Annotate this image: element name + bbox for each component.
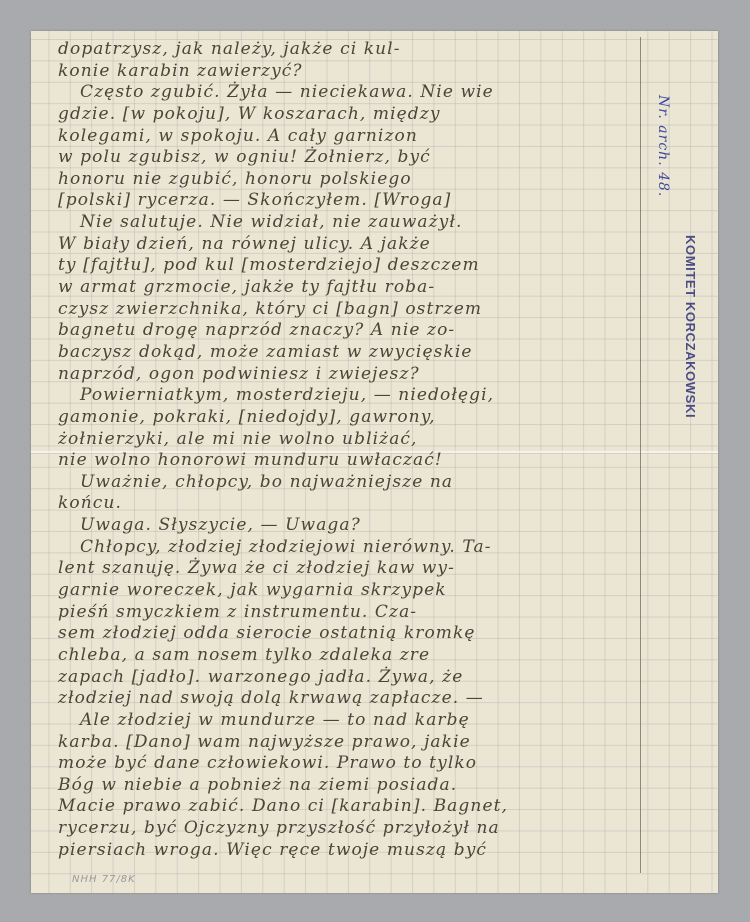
text-line: gdzie. [w pokoju], W koszarach, między <box>58 104 648 126</box>
text-line: gamonie, pokraki, [niedojdy], gawrony, <box>58 407 648 429</box>
text-line: żołnierzyki, ale mi nie wolno ubliżać, <box>58 429 648 451</box>
text-line: baczysz dokąd, może zamiast w zwycięskie <box>58 342 648 364</box>
komitet-korczakowski-stamp: KOMITET KORCZAKOWSKI <box>683 235 698 418</box>
text-line: piersiach wroga. Więc ręce twoje muszą b… <box>58 840 648 862</box>
text-line: karba. [Dano] wam najwyższe prawo, jakie <box>58 732 648 754</box>
text-line: konie karabin zawierzyć? <box>58 61 648 83</box>
text-line: ty [fajtłu], pod kul [mosterdziejo] desz… <box>58 255 648 277</box>
text-line: garnie woreczek, jak wygarnia skrzypek <box>58 580 648 602</box>
text-line: sem złodziej odda sierocie ostatnią krom… <box>58 623 648 645</box>
text-line: chleba, a sam nosem tylko zdaleka zre <box>58 645 648 667</box>
letter-page: dopatrzysz, jak należy, jakże ci kul- ko… <box>31 31 718 893</box>
text-line: może być dane człowiekowi. Prawo to tylk… <box>58 753 648 775</box>
text-line: Nie salutuje. Nie widział, nie zauważył. <box>58 212 648 234</box>
text-line: kolegami, w spokoju. A cały garnizon <box>58 126 648 148</box>
text-line: [polski] rycerza. — Skończyłem. [Wroga] <box>58 190 648 212</box>
text-line: rycerzu, być Ojczyzny przyszłość przyłoż… <box>58 818 648 840</box>
text-line: Macie prawo zabić. Dano ci [karabin]. Ba… <box>58 796 648 818</box>
text-line: Uważnie, chłopcy, bo najważniejsze na <box>58 472 648 494</box>
text-line: w armat grzmocie, jakże ty fajtłu roba- <box>58 277 648 299</box>
text-line: w polu zgubisz, w ogniu! Żołnierz, być <box>58 147 648 169</box>
pencil-inventory-mark: NHH 77/8K <box>72 874 136 885</box>
text-line: złodziej nad swoją dolą krwawą zapłacze.… <box>58 688 648 710</box>
text-line: dopatrzysz, jak należy, jakże ci kul- <box>58 39 648 61</box>
text-line: końcu. <box>58 493 648 515</box>
text-line: Uwaga. Słyszycie, — Uwaga? <box>58 515 648 537</box>
text-line: nie wolno honorowi munduru uwłaczać! <box>58 450 648 472</box>
text-line: lent szanuję. Żywa że ci złodziej kaw wy… <box>58 558 648 580</box>
text-line: naprzód, ogon podwiniesz i zwiejesz? <box>58 364 648 386</box>
text-line: Ale złodziej w mundurze — to nad karbę <box>58 710 648 732</box>
archive-number-note: Nr. arch. 48. <box>655 95 671 197</box>
text-line: Często zgubić. Żyła — nieciekawa. Nie wi… <box>58 82 648 104</box>
text-line: W biały dzień, na równej ulicy. A jakże <box>58 234 648 256</box>
text-line: Powierniatkym, mosterdzieju, — niedołęgi… <box>58 385 648 407</box>
text-line: Bóg w niebie a pobnież na ziemi posiada. <box>58 775 648 797</box>
handwritten-text: dopatrzysz, jak należy, jakże ci kul- ko… <box>58 39 648 861</box>
text-line: czysz zwierzchnika, który ci [bagn] ostr… <box>58 299 648 321</box>
text-line: honoru nie zgubić, honoru polskiego <box>58 169 648 191</box>
text-line: pieśń smyczkiem z instrumentu. Cza- <box>58 602 648 624</box>
text-line: bagnetu drogę naprzód znaczy? A nie zo- <box>58 320 648 342</box>
text-line: Chłopcy, złodziej złodziejowi nierówny. … <box>58 537 648 559</box>
text-line: zapach [jadło]. warzonego jadła. Żywa, ż… <box>58 667 648 689</box>
